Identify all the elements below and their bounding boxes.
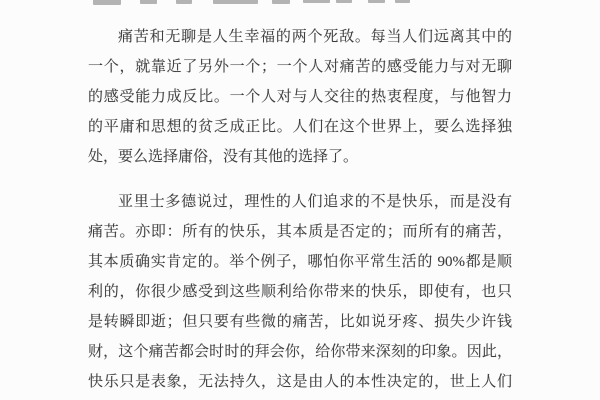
text-line: 财，这个痛苦都会时时的拜会你，给你带来深刻的印象。因此，: [88, 337, 512, 367]
text-line: 利的，你很少感受到这些顺利给你带来的快乐，即使有，也只: [88, 277, 512, 307]
cropped-glyph-fragment: [176, 0, 192, 4]
text-line: 痛苦。亦即：所有的快乐，其本质是否定的；而所有的痛苦，: [88, 217, 512, 247]
paragraph: 亚里士多德说过，理性的人们追求的不是快乐，而是没有痛苦。亦即：所有的快乐，其本质…: [88, 187, 512, 397]
text-line: 亚里士多德说过，理性的人们追求的不是快乐，而是没有: [88, 187, 512, 217]
paragraph: 痛苦和无聊是人生幸福的两个死敌。每当人们远离其中的一个，就靠近了另外一个；一个人…: [88, 22, 512, 172]
book-page: 痛苦和无聊是人生幸福的两个死敌。每当人们远离其中的一个，就靠近了另外一个；一个人…: [0, 0, 600, 400]
text-line: 处，要么选择庸俗，没有其他的选择了。: [88, 142, 512, 172]
text-line: 的平庸和思想的贫乏成正比。人们在这个世界上，要么选择独: [88, 112, 512, 142]
text-line: 快乐只是表象，无法持久，这是由人的本性决定的，世上人们: [88, 367, 512, 397]
text-line: 的感受能力成反比。一个人对与人交往的热衷程度，与他智力: [88, 82, 512, 112]
cropped-glyph-fragment: [140, 0, 157, 4]
body-text: 痛苦和无聊是人生幸福的两个死敌。每当人们远离其中的一个，就靠近了另外一个；一个人…: [88, 22, 512, 397]
cropped-glyph-fragment: [368, 0, 385, 3]
cropped-glyph-fragment: [303, 0, 330, 3]
text-line: 其本质确实肯定的。举个例子，哪怕你平常生活的 90%都是顺: [88, 247, 512, 277]
cropped-text-line: [0, 0, 600, 8]
cropped-glyph-fragment: [93, 0, 121, 5]
cropped-glyph-fragment: [395, 0, 410, 3]
cropped-glyph-fragment: [272, 0, 290, 4]
text-line: 一个，就靠近了另外一个；一个人对痛苦的感受能力与对无聊: [88, 52, 512, 82]
text-line: 是转瞬即逝；但只要有些微的痛苦，比如说牙疼、损失少许钱: [88, 307, 512, 337]
cropped-glyph-fragment: [213, 0, 258, 4]
text-line: 痛苦和无聊是人生幸福的两个死敌。每当人们远离其中的: [88, 22, 512, 52]
cropped-glyph-fragment: [336, 0, 352, 3]
